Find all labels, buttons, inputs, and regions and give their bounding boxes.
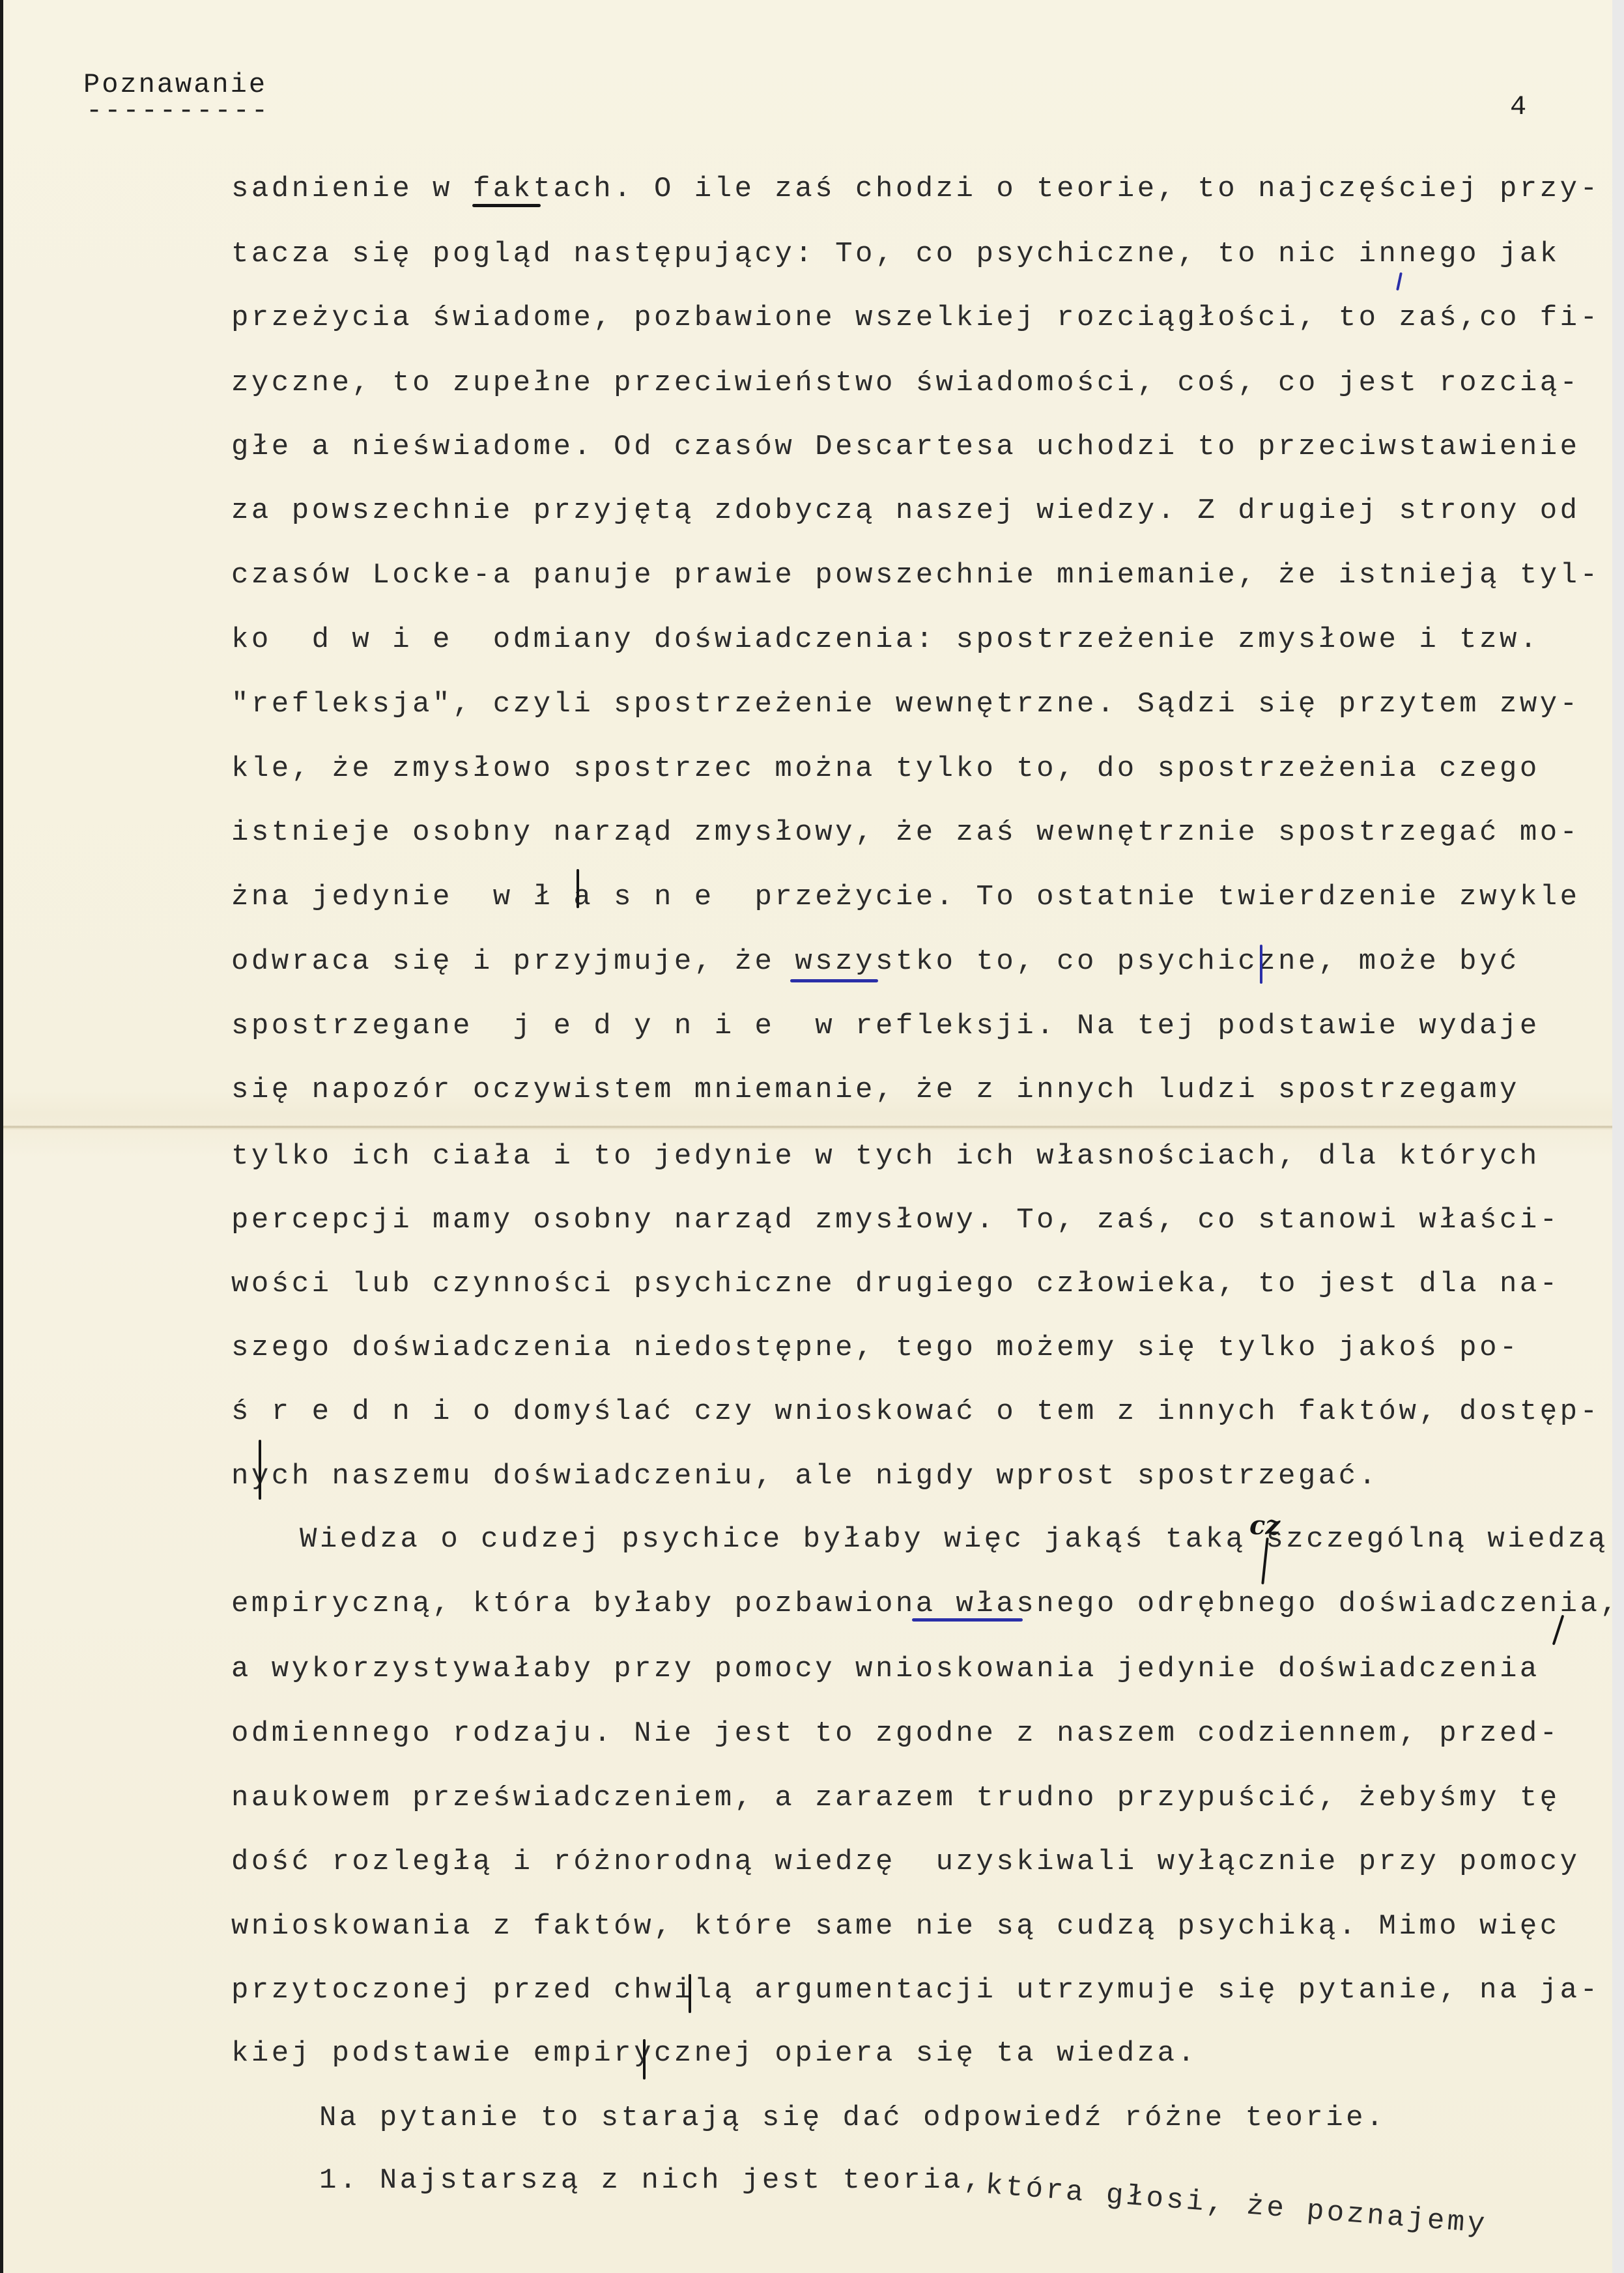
text-line: zyczne, to zupełne przeciwieństwo świado… xyxy=(231,367,1580,399)
text-line: kle, że zmysłowo spostrzec można tylko t… xyxy=(231,752,1540,785)
text-line: dość rozległą i różnorodną wiedzę uzyski… xyxy=(231,1846,1580,1878)
pen-insert-text: cz xyxy=(1249,1510,1280,1541)
text-line: się napozór oczywistem mniemanie, że z i… xyxy=(231,1074,1520,1106)
pen-j-correction xyxy=(643,2039,646,2080)
text-line: percepcji mamy osobny narząd zmysłowy. T… xyxy=(231,1204,1560,1237)
text-line: żna jedynie w ł a s n e przeżycie. To os… xyxy=(231,881,1580,913)
pen-correction-mark xyxy=(1260,945,1262,984)
pen-T-correction xyxy=(577,869,579,908)
paper-fold-crease xyxy=(3,1125,1612,1130)
section-title-dashed-underline: ---------- xyxy=(86,95,270,126)
text-line: odmiennego rodzaju. Nie jest to zgodne z… xyxy=(231,1717,1560,1750)
text-line: a wykorzystywałaby przy pomocy wnioskowa… xyxy=(231,1653,1540,1685)
pen-separator-mark xyxy=(259,1440,261,1500)
text-line: naukowem przeświadczeniem, a zarazem tru… xyxy=(231,1782,1560,1814)
pen-underline-wszystko xyxy=(790,979,878,982)
pen-underline-faktach xyxy=(472,204,541,207)
text-line: za powszechnie przyjętą zdobyczą naszej … xyxy=(231,494,1580,527)
text-line: czasów Locke-a panuje prawie powszechnie… xyxy=(231,559,1601,592)
text-line: ko d w i e odmiany doświadczenia: spostr… xyxy=(231,623,1540,656)
text-line: "refleksja", czyli spostrzeżenie wewnętr… xyxy=(231,688,1580,721)
text-line: Wiedza o cudzej psychice byłaby więc jak… xyxy=(300,1523,1608,1556)
text-line: odwraca się i przyjmuje, że wszystko to,… xyxy=(231,945,1520,978)
text-line: wnioskowania z faktów, które same nie są… xyxy=(231,1910,1560,1943)
text-line: tacza się pogląd następujący: To, co psy… xyxy=(231,238,1560,270)
text-line: sadnienie w faktach. O ile zaś chodzi o … xyxy=(231,173,1601,205)
text-line: nych naszemu doświadczeniu, ale nigdy wp… xyxy=(231,1460,1379,1493)
text-line: przeżycia świadome, pozbawione wszelkiej… xyxy=(231,302,1601,334)
text-line: szego doświadczenia niedostępne, tego mo… xyxy=(231,1332,1520,1364)
text-line: Na pytanie to starają się dać odpowiedź … xyxy=(319,2102,1386,2134)
text-line: wości lub czynności psychiczne drugiego … xyxy=(231,1268,1560,1300)
text-line: przytoczonej przed chwilą argumentacji u… xyxy=(231,1974,1601,2007)
text-line: ś r e d n i o domyślać czy wnioskować o … xyxy=(231,1395,1601,1428)
text-line: empiryczną, która byłaby pozbawiona włas… xyxy=(231,1588,1620,1620)
text-line: spostrzegane j e d y n i e w refleksji. … xyxy=(231,1010,1540,1042)
text-line: 1. Najstarszą z nich jest teoria, xyxy=(319,2164,984,2197)
text-line: istnieje osobny narząd zmysłowy, że zaś … xyxy=(231,816,1580,849)
text-line: kiej podstawie empirycznej opiera się ta… xyxy=(231,2037,1197,2070)
text-line: głe a nieświadome. Od czasów Descartesa … xyxy=(231,431,1580,463)
text-line: tylko ich ciała i to jedynie w tych ich … xyxy=(231,1140,1540,1173)
pen-j-correction xyxy=(689,1974,691,2013)
page-number: 4 xyxy=(1510,91,1530,122)
pen-underline-wlasnego xyxy=(912,1618,1023,1622)
